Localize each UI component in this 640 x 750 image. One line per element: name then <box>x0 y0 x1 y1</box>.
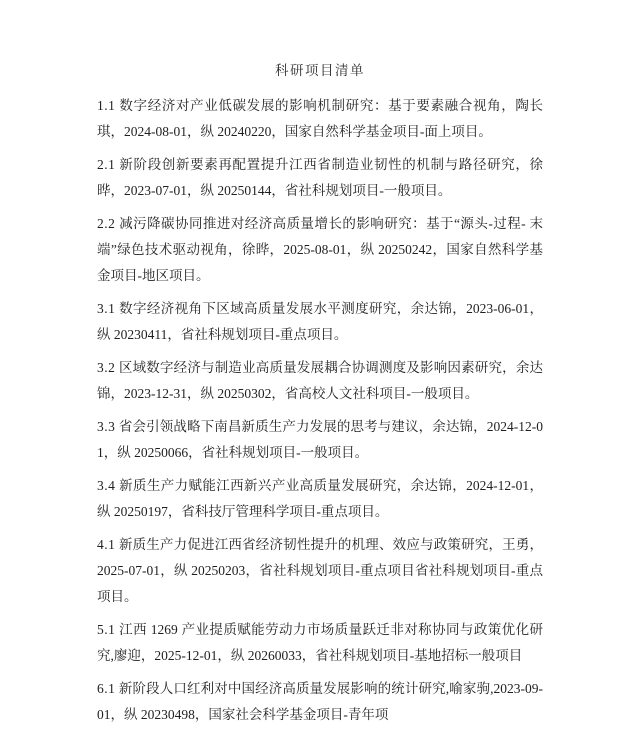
project-number: 2.2 <box>97 216 115 231</box>
project-number: 2.1 <box>97 157 115 172</box>
project-number: 3.1 <box>97 301 115 316</box>
project-number: 4.1 <box>97 537 115 552</box>
project-text: 新阶段人口红利对中国经济高质量发展影响的统计研究,喻家驹,2023-09-01，… <box>97 681 543 722</box>
project-text: 数字经济视角下区域高质量发展水平测度研究，余达锦，2023-06-01，纵 20… <box>97 301 543 342</box>
project-item: 3.3 省会引领战略下南昌新质生产力发展的思考与建议，余达锦，2024-12-0… <box>97 414 543 466</box>
project-text: 减污降碳协同推进对经济高质量增长的影响研究：基于“源头-过程- 末端”绿色技术驱… <box>97 216 543 283</box>
project-number: 3.2 <box>97 360 115 375</box>
project-item: 4.1 新质生产力促进江西省经济韧性提升的机理、效应与政策研究，王勇，2025-… <box>97 532 543 610</box>
project-item: 3.1 数字经济视角下区域高质量发展水平测度研究，余达锦，2023-06-01，… <box>97 296 543 348</box>
project-item: 6.1 新阶段人口红利对中国经济高质量发展影响的统计研究,喻家驹,2023-09… <box>97 676 543 728</box>
project-item: 3.2 区域数字经济与制造业高质量发展耦合协调测度及影响因素研究，余达锦，202… <box>97 355 543 407</box>
project-item: 2.2 减污降碳协同推进对经济高质量增长的影响研究：基于“源头-过程- 末端”绿… <box>97 211 543 289</box>
project-item: 3.4 新质生产力赋能江西新兴产业高质量发展研究，余达锦，2024-12-01，… <box>97 473 543 525</box>
project-list: 1.1 数字经济对产业低碳发展的影响机制研究：基于要素融合视角，陶长琪，2024… <box>97 93 543 728</box>
project-text: 江西 1269 产业提质赋能劳动力市场质量跃迁非对称协同与政策优化研究,廖迎，2… <box>97 622 543 663</box>
project-item: 2.1 新阶段创新要素再配置提升江西省制造业韧性的机制与路径研究，徐晔，2023… <box>97 152 543 204</box>
project-text: 省会引领战略下南昌新质生产力发展的思考与建议，余达锦，2024-12-01，纵 … <box>97 419 543 460</box>
project-text: 区域数字经济与制造业高质量发展耦合协调测度及影响因素研究，余达锦，2023-12… <box>97 360 543 401</box>
project-number: 3.4 <box>97 478 115 493</box>
project-item: 5.1 江西 1269 产业提质赋能劳动力市场质量跃迁非对称协同与政策优化研究,… <box>97 617 543 669</box>
document-body: { "document": { "title": "科研项目清单", "proj… <box>0 0 640 750</box>
project-item: 1.1 数字经济对产业低碳发展的影响机制研究：基于要素融合视角，陶长琪，2024… <box>97 93 543 145</box>
project-number: 5.1 <box>97 622 115 637</box>
project-text: 新阶段创新要素再配置提升江西省制造业韧性的机制与路径研究，徐晔，2023-07-… <box>97 157 543 198</box>
project-text: 新质生产力促进江西省经济韧性提升的机理、效应与政策研究，王勇，2025-07-0… <box>97 537 543 604</box>
project-text: 新质生产力赋能江西新兴产业高质量发展研究，余达锦，2024-12-01，纵 20… <box>97 478 543 519</box>
page-title: 科研项目清单 <box>97 58 543 84</box>
project-text: 数字经济对产业低碳发展的影响机制研究：基于要素融合视角，陶长琪，2024-08-… <box>97 98 543 139</box>
document-page: 科研项目清单 1.1 数字经济对产业低碳发展的影响机制研究：基于要素融合视角，陶… <box>0 0 640 750</box>
project-number: 1.1 <box>97 98 115 113</box>
project-number: 3.3 <box>97 419 115 434</box>
project-number: 6.1 <box>97 681 115 696</box>
